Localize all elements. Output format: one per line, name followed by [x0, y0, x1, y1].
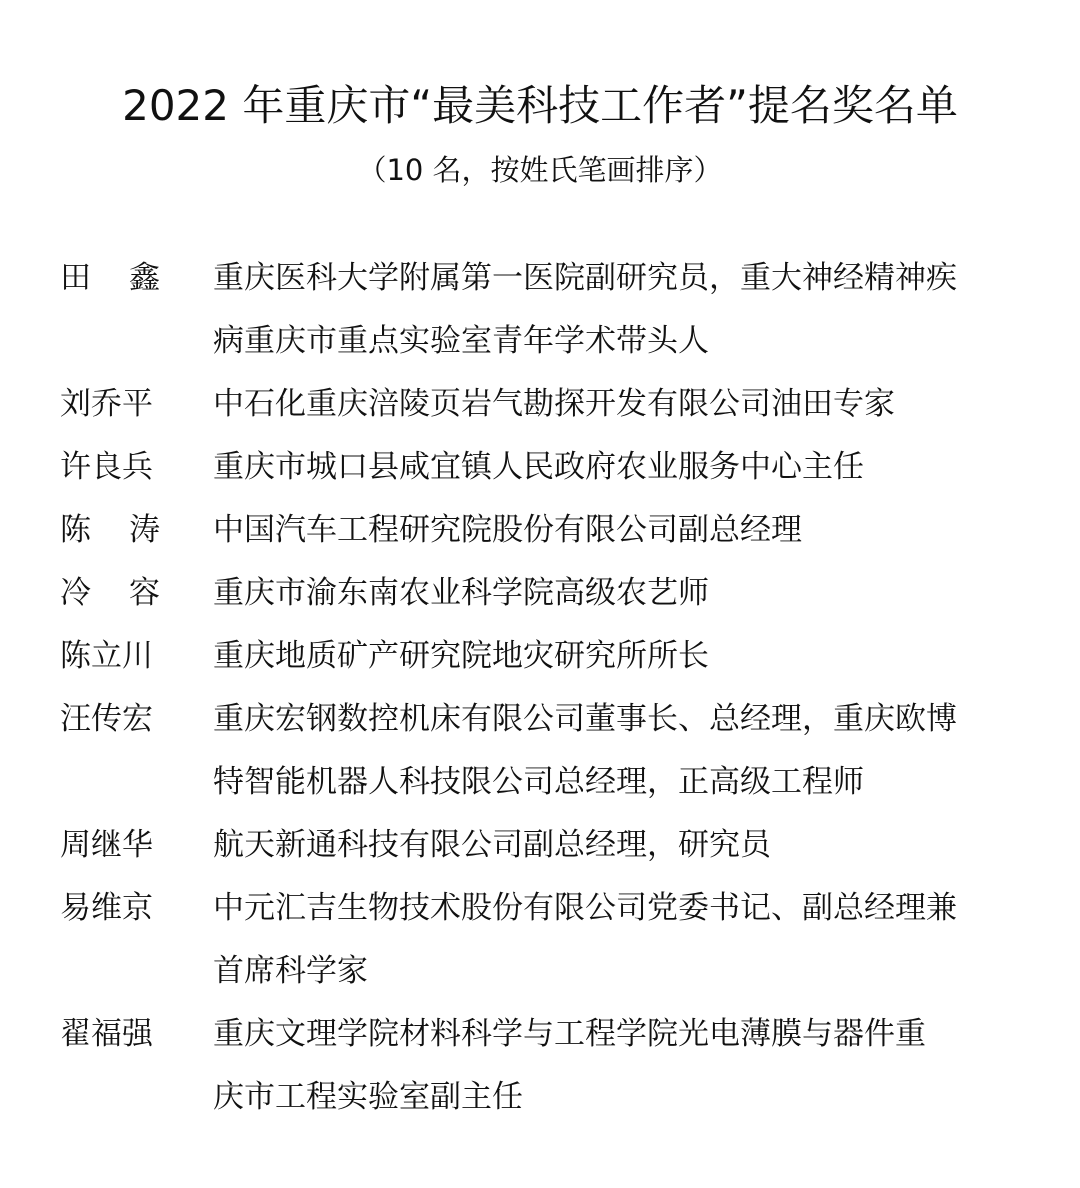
nominee-description: 中石化重庆涪陵页岩气勘探开发有限公司油田专家	[213, 373, 1025, 436]
nominee-name: 汪传宏	[60, 688, 160, 814]
description-line: 重庆地质矿产研究院地灾研究所所长	[213, 625, 1025, 688]
nominee-name: 翟福强	[60, 1003, 160, 1129]
nominee-entry: 许良兵 重庆市城口县咸宜镇人民政府农业服务中心主任	[0, 436, 1080, 499]
description-line: 中国汽车工程研究院股份有限公司副总经理	[213, 499, 1025, 562]
nominee-name: 冷 容	[60, 562, 160, 625]
description-line: 中石化重庆涪陵页岩气勘探开发有限公司油田专家	[213, 373, 1025, 436]
description-line: 首席科学家	[213, 940, 1025, 1003]
description-line: 重庆市城口县咸宜镇人民政府农业服务中心主任	[213, 436, 1025, 499]
nominee-name: 易维京	[60, 877, 160, 1003]
nominee-description: 重庆文理学院材料科学与工程学院光电薄膜与器件重 庆市工程实验室副主任	[213, 1003, 1025, 1129]
nominee-name: 周继华	[60, 814, 160, 877]
nominee-entry: 易维京 中元汇吉生物技术股份有限公司党委书记、副总经理兼 首席科学家	[0, 877, 1080, 1003]
nominee-description: 重庆宏钢数控机床有限公司董事长、总经理，重庆欧博 特智能机器人科技限公司总经理，…	[213, 688, 1025, 814]
name-text: 陈立川	[60, 625, 153, 688]
description-line: 庆市工程实验室副主任	[213, 1066, 1025, 1129]
nominee-name: 陈 涛	[60, 499, 160, 562]
nominee-description: 重庆市渝东南农业科学院高级农艺师	[213, 562, 1025, 625]
nominee-name: 许良兵	[60, 436, 160, 499]
name-char: 涛	[129, 499, 160, 562]
name-char: 鑫	[129, 247, 160, 373]
name-text: 刘乔平	[60, 373, 153, 436]
description-line: 中元汇吉生物技术股份有限公司党委书记、副总经理兼	[213, 877, 1025, 940]
name-char: 陈	[60, 499, 91, 562]
description-line: 重庆市渝东南农业科学院高级农艺师	[213, 562, 1025, 625]
description-line: 重庆宏钢数控机床有限公司董事长、总经理，重庆欧博	[213, 688, 1025, 751]
nominee-description: 中国汽车工程研究院股份有限公司副总经理	[213, 499, 1025, 562]
nominee-entry: 陈立川 重庆地质矿产研究院地灾研究所所长	[0, 625, 1080, 688]
nominee-name: 刘乔平	[60, 373, 160, 436]
description-line: 特智能机器人科技限公司总经理，正高级工程师	[213, 751, 1025, 814]
name-text: 周继华	[60, 814, 153, 877]
name-text: 翟福强	[60, 1003, 153, 1129]
nominee-name: 陈立川	[60, 625, 160, 688]
nominee-description: 重庆地质矿产研究院地灾研究所所长	[213, 625, 1025, 688]
nominee-entry: 汪传宏 重庆宏钢数控机床有限公司董事长、总经理，重庆欧博 特智能机器人科技限公司…	[0, 688, 1080, 814]
description-line: 重庆医科大学附属第一医院副研究员，重大神经精神疾	[213, 247, 1025, 310]
name-char: 冷	[60, 562, 91, 625]
nominee-description: 中元汇吉生物技术股份有限公司党委书记、副总经理兼 首席科学家	[213, 877, 1025, 1003]
document-subtitle: （10 名，按姓氏笔画排序）	[0, 148, 1080, 192]
nominee-entry: 刘乔平 中石化重庆涪陵页岩气勘探开发有限公司油田专家	[0, 373, 1080, 436]
nominee-list: 田 鑫 重庆医科大学附属第一医院副研究员，重大神经精神疾 病重庆市重点实验室青年…	[0, 247, 1080, 1129]
name-text: 许良兵	[60, 436, 153, 499]
name-text: 易维京	[60, 877, 153, 1003]
name-char: 田	[60, 247, 91, 373]
description-line: 病重庆市重点实验室青年学术带头人	[213, 310, 1025, 373]
nominee-description: 重庆医科大学附属第一医院副研究员，重大神经精神疾 病重庆市重点实验室青年学术带头…	[213, 247, 1025, 373]
nominee-entry: 翟福强 重庆文理学院材料科学与工程学院光电薄膜与器件重 庆市工程实验室副主任	[0, 1003, 1080, 1129]
name-text: 汪传宏	[60, 688, 153, 814]
document-title: 2022 年重庆市“最美科技工作者”提名奖名单	[0, 78, 1080, 134]
nominee-entry: 田 鑫 重庆医科大学附属第一医院副研究员，重大神经精神疾 病重庆市重点实验室青年…	[0, 247, 1080, 373]
nominee-entry: 冷 容 重庆市渝东南农业科学院高级农艺师	[0, 562, 1080, 625]
name-char: 容	[129, 562, 160, 625]
nominee-entry: 周继华 航天新通科技有限公司副总经理，研究员	[0, 814, 1080, 877]
nominee-name: 田 鑫	[60, 247, 160, 373]
nominee-description: 重庆市城口县咸宜镇人民政府农业服务中心主任	[213, 436, 1025, 499]
description-line: 重庆文理学院材料科学与工程学院光电薄膜与器件重	[213, 1003, 1025, 1066]
nominee-description: 航天新通科技有限公司副总经理，研究员	[213, 814, 1025, 877]
nominee-entry: 陈 涛 中国汽车工程研究院股份有限公司副总经理	[0, 499, 1080, 562]
description-line: 航天新通科技有限公司副总经理，研究员	[213, 814, 1025, 877]
